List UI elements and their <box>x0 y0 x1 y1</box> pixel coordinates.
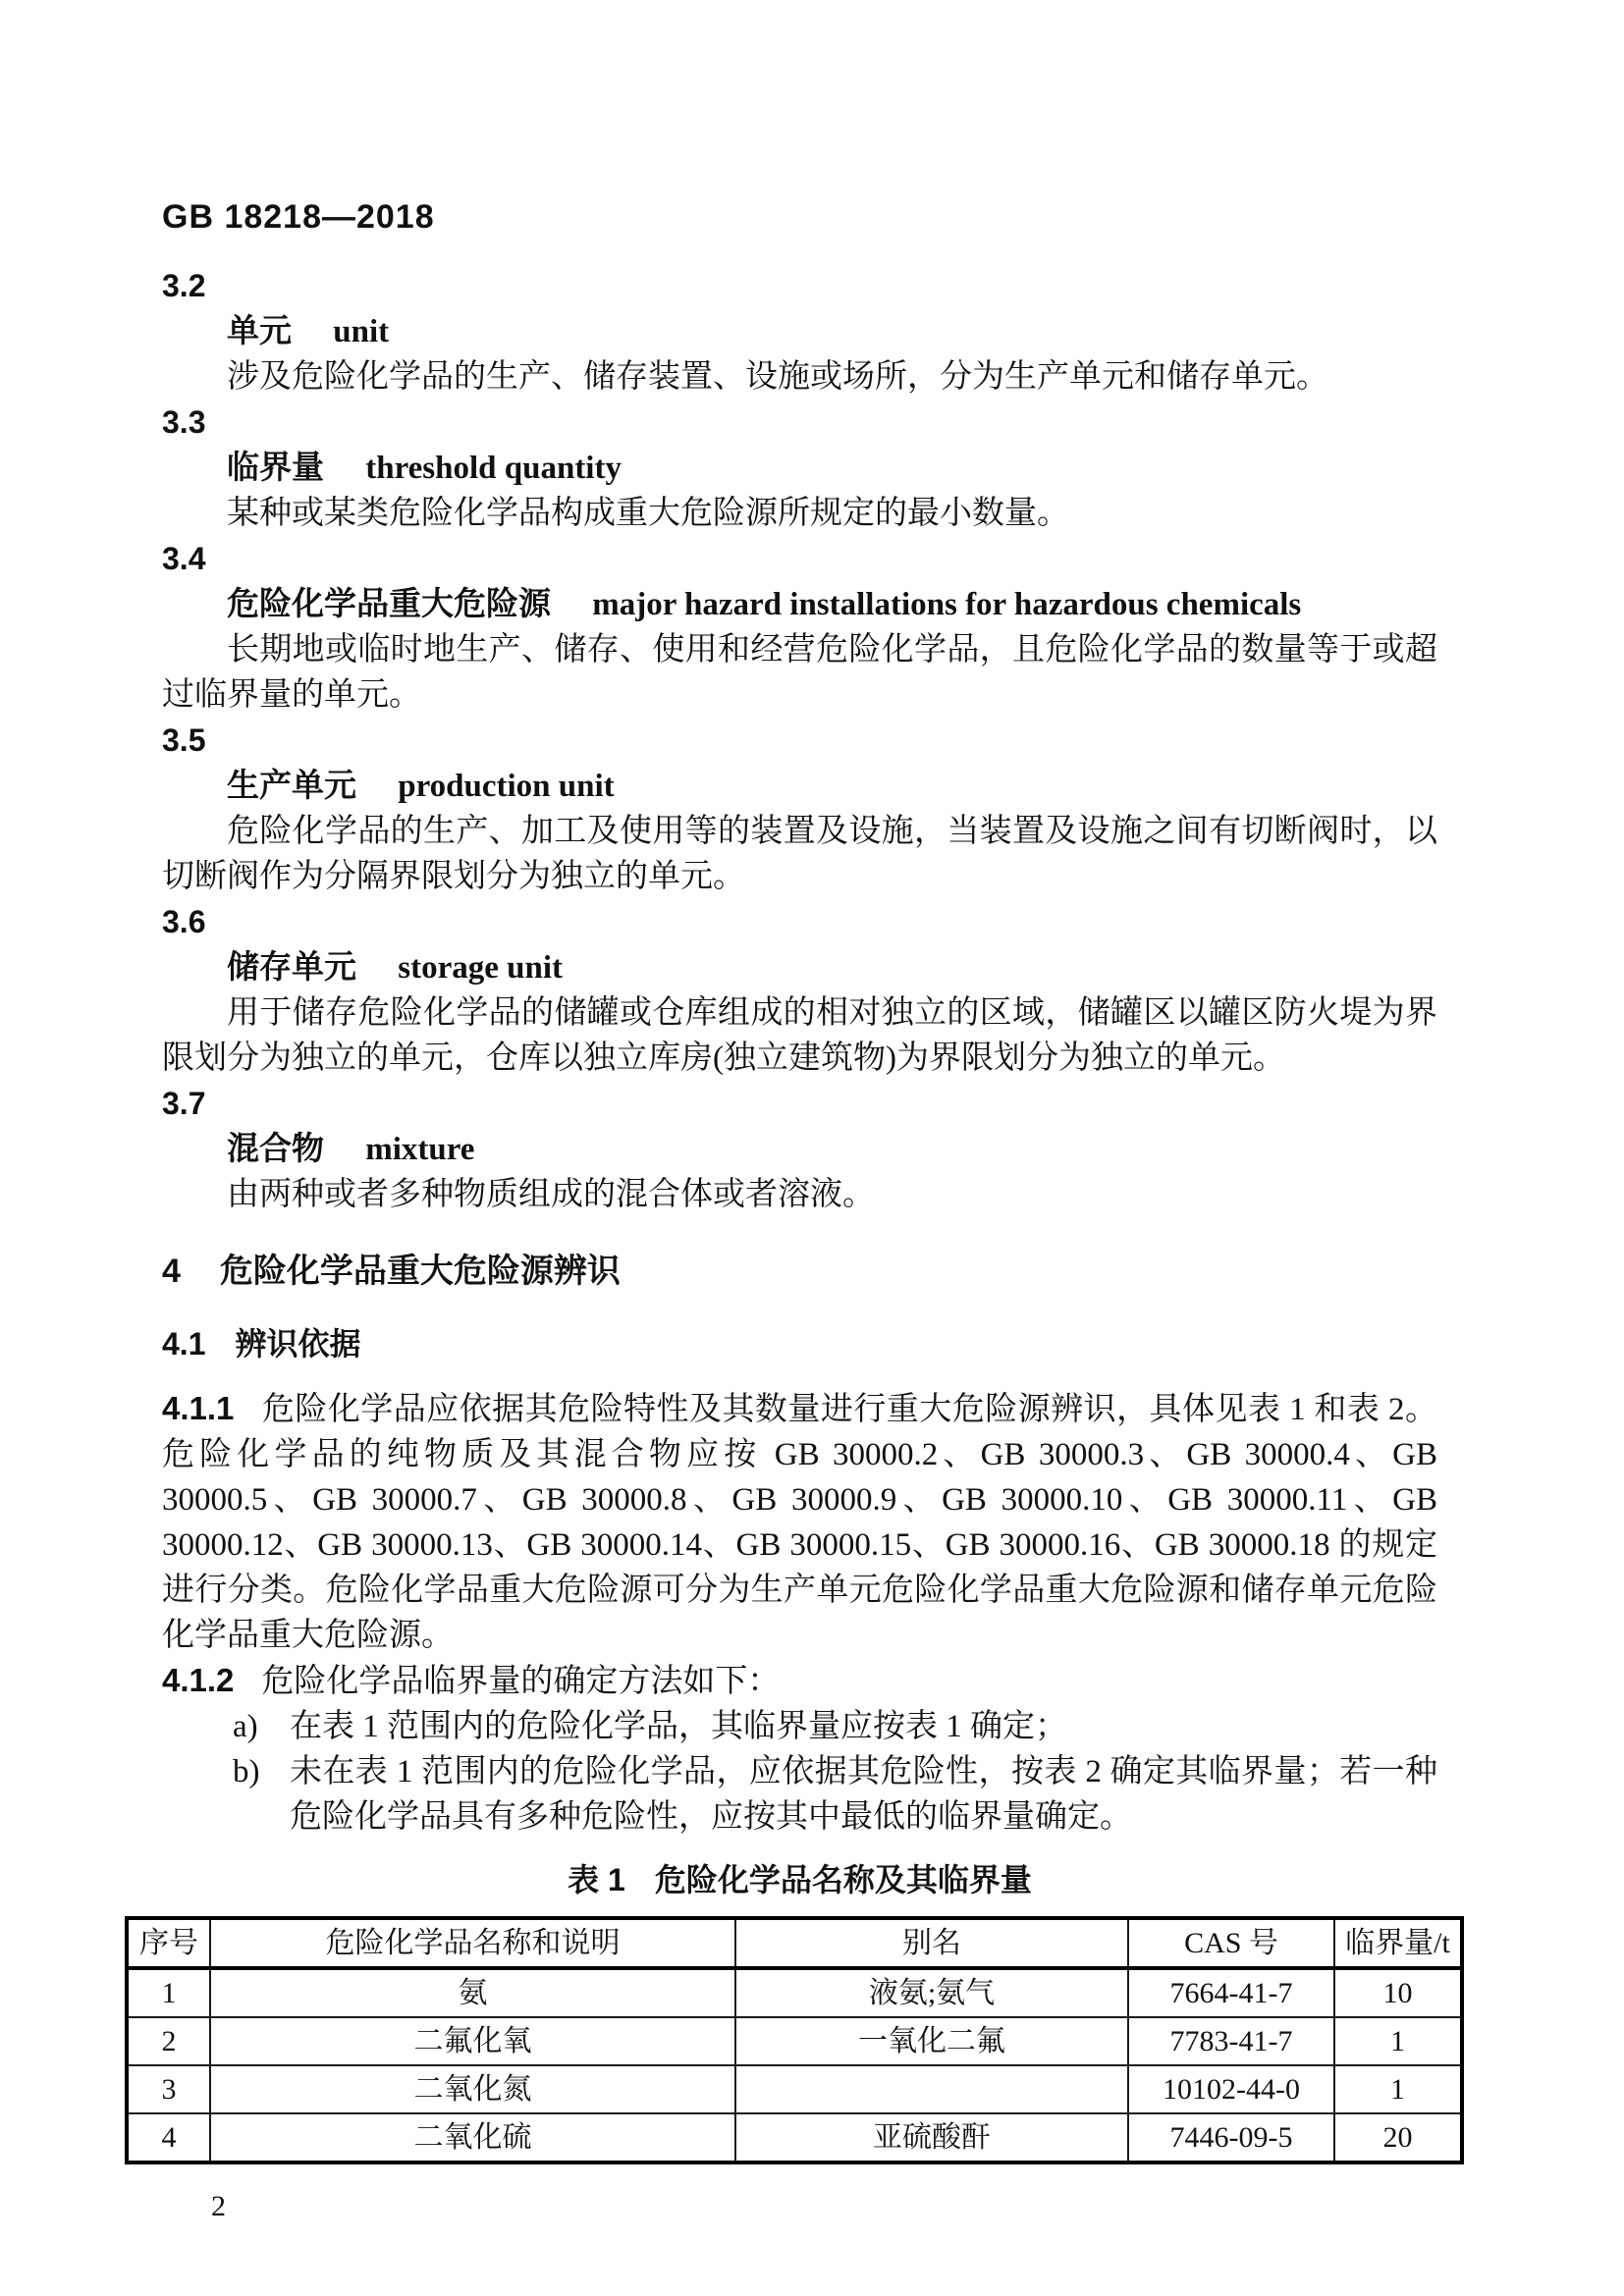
table-row: 1 氨 液氨;氨气 7664-41-7 10 <box>127 1968 1462 2017</box>
subsection-number: 4.1 <box>162 1326 205 1362</box>
term-en: major hazard installations for hazardous… <box>592 587 1301 622</box>
cell-cas: 10102-44-0 <box>1128 2065 1334 2113</box>
term-line: 危险化学品重大危险源 major hazard installations fo… <box>162 581 1437 627</box>
cell-seq: 1 <box>127 1968 210 2017</box>
col-header-alias: 别名 <box>735 1918 1128 1968</box>
paragraph-number: 4.1.2 <box>162 1662 234 1698</box>
list-item-b: b)未在表 1 范围内的危险化学品，应依据其危险性，按表 2 确定其临界量；若一… <box>162 1749 1437 1840</box>
list-item-label: a) <box>233 1704 258 1749</box>
subsection-heading: 4.1辨识依据 <box>162 1321 1437 1366</box>
cell-name: 二氟化氧 <box>210 2017 735 2065</box>
term-line: 储存单元 storage unit <box>162 944 1437 990</box>
document-page: GB 18218—2018 3.2 单元 unit 涉及危险化学品的生产、储存装… <box>0 0 1624 2296</box>
cell-cas: 7446-09-5 <box>1128 2113 1334 2163</box>
cell-qty: 1 <box>1334 2065 1462 2113</box>
cell-name: 二氧化硫 <box>210 2113 735 2163</box>
table-row: 2 二氟化氧 一氧化二氟 7783-41-7 1 <box>127 2017 1462 2065</box>
list-item-text: 未在表 1 范围内的危险化学品，应依据其危险性，按表 2 确定其临界量；若一种危… <box>290 1754 1437 1835</box>
section-3-6: 3.6 储存单元 storage unit 用于储存危险化学品的储罐或仓库组成的… <box>162 899 1437 1081</box>
paragraph-4-1-2: 4.1.2危险化学品临界量的确定方法如下： <box>162 1658 1437 1704</box>
cell-seq: 2 <box>127 2017 210 2065</box>
cell-seq: 3 <box>127 2065 210 2113</box>
term-en: mixture <box>365 1132 474 1167</box>
list-item-label: b) <box>233 1749 260 1794</box>
term-line: 混合物 mixture <box>162 1126 1437 1172</box>
table-caption-label: 表 1 <box>568 1862 625 1897</box>
table-caption: 表 1危险化学品名称及其临界量 <box>162 1857 1437 1902</box>
cell-seq: 4 <box>127 2113 210 2163</box>
section-number: 3.7 <box>162 1081 1437 1126</box>
chapter-number: 4 <box>162 1253 181 1290</box>
term-zh: 生产单元 <box>227 767 356 803</box>
section-number: 3.3 <box>162 400 1437 445</box>
cell-qty: 1 <box>1334 2017 1462 2065</box>
cell-alias <box>735 2065 1128 2113</box>
term-zh: 储存单元 <box>227 948 356 985</box>
section-3-5: 3.5 生产单元 production unit 危险化学品的生产、加工及使用等… <box>162 718 1437 899</box>
section-3-4: 3.4 危险化学品重大危险源 major hazard installation… <box>162 536 1437 718</box>
paragraph-text: 危险化学品临界量的确定方法如下： <box>261 1664 780 1699</box>
list-item-a: a)在表 1 范围内的危险化学品，其临界量应按表 1 确定； <box>162 1704 1437 1749</box>
subsection-title: 辨识依据 <box>235 1326 360 1362</box>
table-row: 3 二氧化氮 10102-44-0 1 <box>127 2065 1462 2113</box>
table-row: 4 二氧化硫 亚硫酸酐 7446-09-5 20 <box>127 2113 1462 2163</box>
col-header-qty: 临界量/t <box>1334 1918 1462 1968</box>
chapter-heading: 4危险化学品重大危险源辨识 <box>162 1249 1437 1294</box>
term-zh: 混合物 <box>227 1130 324 1166</box>
section-number: 3.5 <box>162 718 1437 763</box>
table-header-row: 序号 危险化学品名称和说明 别名 CAS 号 临界量/t <box>127 1918 1462 1968</box>
paragraph-text: 危险化学品应依据其危险特性及其数量进行重大危险源辨识，具体见表 1 和表 2。危… <box>162 1392 1437 1653</box>
term-en: storage unit <box>398 950 563 986</box>
cell-alias: 亚硫酸酐 <box>735 2113 1128 2163</box>
definition: 危险化学品的生产、加工及使用等的装置及设施，当装置及设施之间有切断阀时，以切断阀… <box>162 809 1437 899</box>
doc-number: GB 18218—2018 <box>162 194 1437 240</box>
paragraph-4-1-1: 4.1.1危险化学品应依据其危险特性及其数量进行重大危险源辨识，具体见表 1 和… <box>162 1386 1437 1658</box>
chapter-title: 危险化学品重大危险源辨识 <box>220 1253 621 1290</box>
cell-cas: 7664-41-7 <box>1128 1968 1334 2017</box>
definition: 某种或某类危险化学品构成重大危险源所规定的最小数量。 <box>162 491 1437 536</box>
list-item-text: 在表 1 范围内的危险化学品，其临界量应按表 1 确定； <box>290 1709 1067 1744</box>
table-1: 序号 危险化学品名称和说明 别名 CAS 号 临界量/t 1 氨 液氨;氨气 7… <box>125 1916 1464 2164</box>
term-zh: 危险化学品重大危险源 <box>227 585 551 621</box>
col-header-name: 危险化学品名称和说明 <box>210 1918 735 1968</box>
term-en: threshold quantity <box>365 451 622 486</box>
term-zh: 单元 <box>227 312 292 348</box>
table-caption-title: 危险化学品名称及其临界量 <box>655 1862 1032 1897</box>
section-number: 3.6 <box>162 899 1437 944</box>
term-en: unit <box>333 314 389 349</box>
definition: 长期地或临时地生产、储存、使用和经营危险化学品，且危险化学品的数量等于或超过临界… <box>162 627 1437 718</box>
cell-alias: 液氨;氨气 <box>735 1968 1128 2017</box>
section-3-2: 3.2 单元 unit 涉及危险化学品的生产、储存装置、设施或场所，分为生产单元… <box>162 263 1437 400</box>
definition: 由两种或者多种物质组成的混合体或者溶液。 <box>162 1172 1437 1217</box>
paragraph-number: 4.1.1 <box>162 1390 234 1426</box>
section-number: 3.4 <box>162 536 1437 581</box>
page-number: 2 <box>162 2184 1437 2229</box>
definition: 涉及危险化学品的生产、储存装置、设施或场所，分为生产单元和储存单元。 <box>162 354 1437 400</box>
col-header-cas: CAS 号 <box>1128 1918 1334 1968</box>
cell-alias: 一氧化二氟 <box>735 2017 1128 2065</box>
term-zh: 临界量 <box>227 449 324 485</box>
term-en: production unit <box>398 769 614 804</box>
cell-name: 二氧化氮 <box>210 2065 735 2113</box>
col-header-seq: 序号 <box>127 1918 210 1968</box>
section-3-7: 3.7 混合物 mixture 由两种或者多种物质组成的混合体或者溶液。 <box>162 1081 1437 1217</box>
term-line: 生产单元 production unit <box>162 763 1437 809</box>
cell-qty: 10 <box>1334 1968 1462 2017</box>
term-line: 临界量 threshold quantity <box>162 445 1437 491</box>
section-number: 3.2 <box>162 263 1437 308</box>
cell-name: 氨 <box>210 1968 735 2017</box>
term-line: 单元 unit <box>162 308 1437 354</box>
section-3-3: 3.3 临界量 threshold quantity 某种或某类危险化学品构成重… <box>162 400 1437 536</box>
definition: 用于储存危险化学品的储罐或仓库组成的相对独立的区域，储罐区以罐区防火堤为界限划分… <box>162 990 1437 1081</box>
cell-cas: 7783-41-7 <box>1128 2017 1334 2065</box>
cell-qty: 20 <box>1334 2113 1462 2163</box>
